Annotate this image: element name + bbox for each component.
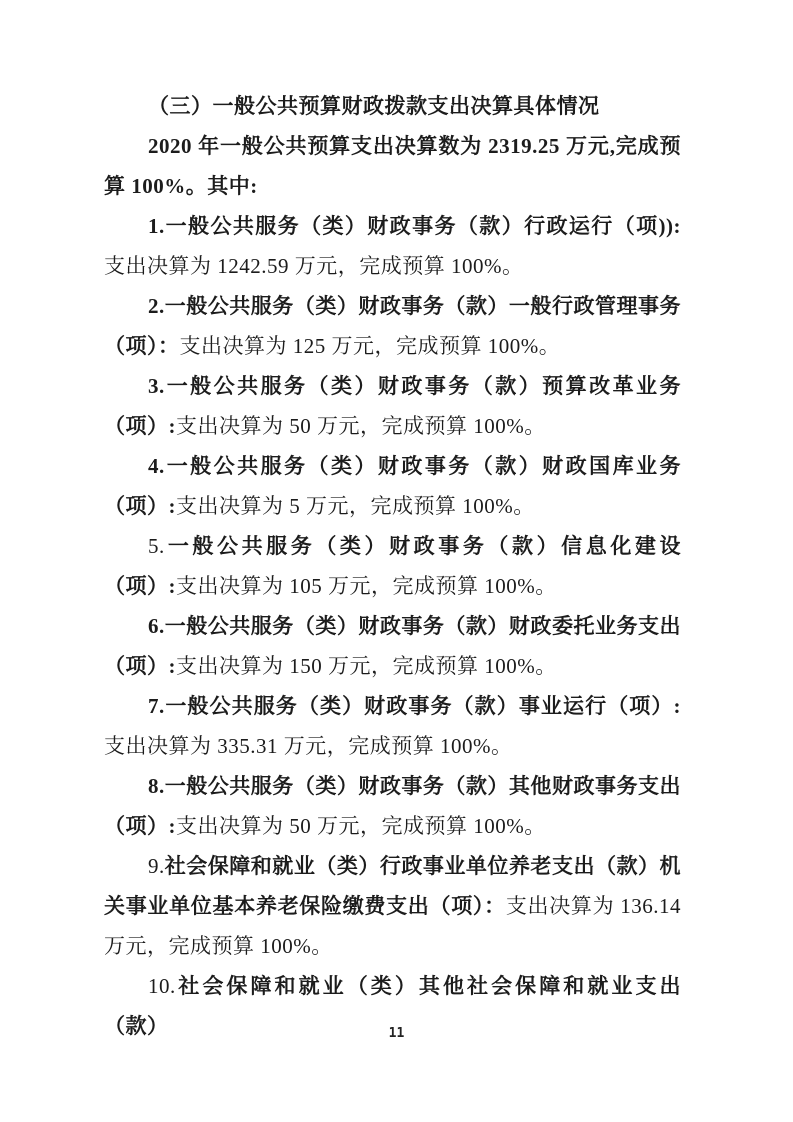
item-body: 支出决算为 1242.59 万元，完成预算 100%。 xyxy=(104,254,524,278)
document-content: （三）一般公共预算财政拨款支出决算具体情况 2020 年一般公共预算支出决算数为… xyxy=(104,86,681,1046)
item-number: 10. xyxy=(148,974,176,998)
item-number: 5. xyxy=(148,534,165,558)
item-number: 2. xyxy=(148,294,165,318)
page-number: 11 xyxy=(0,1026,793,1041)
section-heading: （三）一般公共预算财政拨款支出决算具体情况 xyxy=(104,86,681,126)
budget-item-4: 4.一般公共服务（类）财政事务（款）财政国库业务（项）:支出决算为 5 万元，完… xyxy=(104,446,681,526)
intro-paragraph: 2020 年一般公共预算支出决算数为 2319.25 万元,完成预算 100%。… xyxy=(104,126,681,206)
budget-item-5: 5.一般公共服务（类）财政事务（款）信息化建设（项）:支出决算为 105 万元，… xyxy=(104,526,681,606)
item-number: 4. xyxy=(148,454,165,478)
item-title: 一般公共服务（类）财政事务（款）事业运行（项）: xyxy=(165,694,681,718)
item-title: 一般公共服务（类）财政事务（款）行政运行（项)): xyxy=(165,214,681,238)
item-number: 9. xyxy=(148,854,165,878)
item-body: 支出决算为 50 万元，完成预算 100%。 xyxy=(176,414,546,438)
budget-item-1: 1.一般公共服务（类）财政事务（款）行政运行（项)):支出决算为 1242.59… xyxy=(104,206,681,286)
item-number: 3. xyxy=(148,374,165,398)
item-body: 支出决算为 50 万元，完成预算 100%。 xyxy=(176,814,546,838)
item-number: 1. xyxy=(148,214,165,238)
budget-item-8: 8.一般公共服务（类）财政事务（款）其他财政事务支出（项）:支出决算为 50 万… xyxy=(104,766,681,846)
item-body: 支出决算为 105 万元，完成预算 100%。 xyxy=(176,574,557,598)
item-number: 8. xyxy=(148,774,165,798)
item-body: 支出决算为 125 万元，完成预算 100%。 xyxy=(180,334,561,358)
item-number: 7. xyxy=(148,694,165,718)
budget-item-6: 6.一般公共服务（类）财政事务（款）财政委托业务支出（项）:支出决算为 150 … xyxy=(104,606,681,686)
budget-item-2: 2.一般公共服务（类）财政事务（款）一般行政管理事务（项）：支出决算为 125 … xyxy=(104,286,681,366)
item-body: 支出决算为 150 万元，完成预算 100%。 xyxy=(176,654,557,678)
item-body: 支出决算为 335.31 万元，完成预算 100%。 xyxy=(104,734,513,758)
budget-item-7: 7.一般公共服务（类）财政事务（款）事业运行（项）:支出决算为 335.31 万… xyxy=(104,686,681,766)
budget-item-9: 9.社会保障和就业（类）行政事业单位养老支出（款）机关事业单位基本养老保险缴费支… xyxy=(104,846,681,966)
item-body: 支出决算为 5 万元，完成预算 100%。 xyxy=(176,494,535,518)
budget-item-3: 3.一般公共服务（类）财政事务（款）预算改革业务（项）:支出决算为 50 万元，… xyxy=(104,366,681,446)
document-page: （三）一般公共预算财政拨款支出决算具体情况 2020 年一般公共预算支出决算数为… xyxy=(0,0,793,1122)
item-number: 6. xyxy=(148,614,165,638)
